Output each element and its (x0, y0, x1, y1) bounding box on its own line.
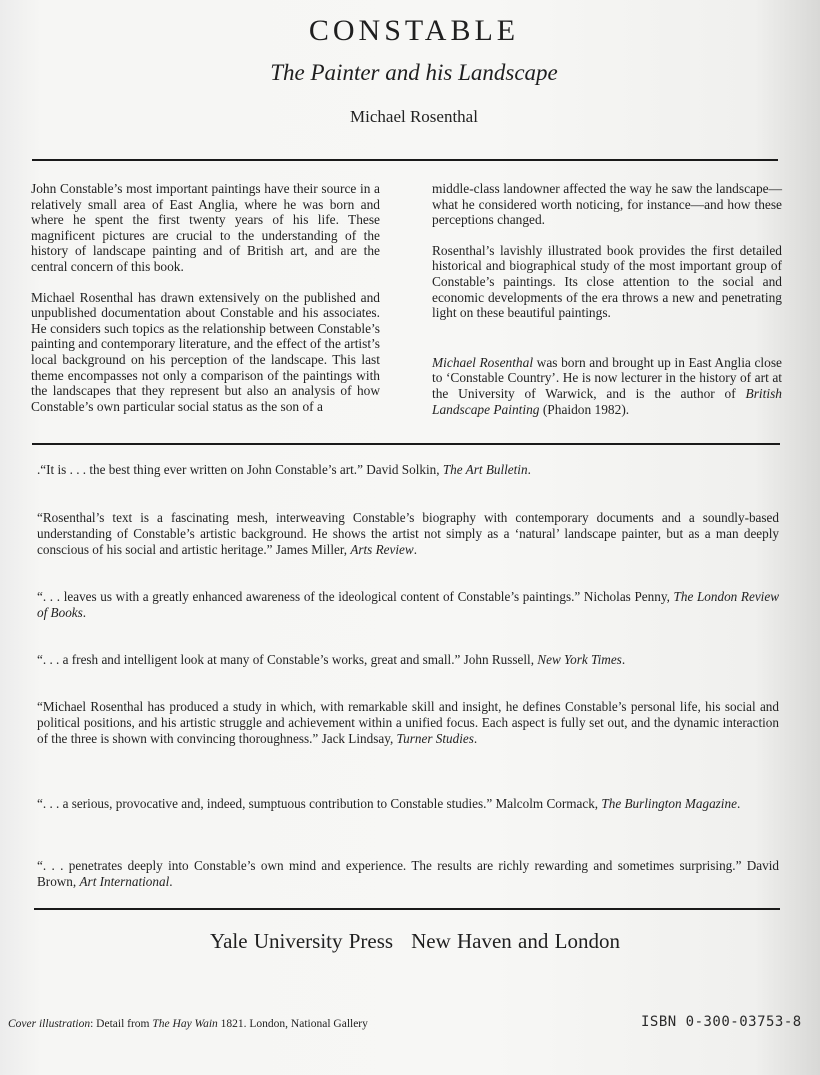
review-quote: “. . . a fresh and intelligent look at m… (37, 652, 779, 668)
review-quote: “. . . penetrates deeply into Constable’… (37, 858, 779, 890)
review-quote: “. . . a serious, provocative and, indee… (37, 796, 779, 812)
blurb-paragraph: John Constable’s most important painting… (31, 181, 380, 275)
review-source: Turner Studies (397, 731, 474, 746)
review-quote: “Michael Rosenthal has produced a study … (37, 699, 779, 747)
blurb-right-column: middle-class landowner affected the way … (432, 181, 782, 432)
middle-divider (32, 443, 780, 445)
blurb-paragraph: middle-class landowner affected the way … (432, 181, 782, 228)
book-author: Michael Rosenthal (0, 107, 820, 127)
review-source: The Art Bulletin (443, 462, 528, 477)
review-quote: “. . . leaves us with a greatly enhanced… (37, 589, 779, 621)
blurb-paragraph: Michael Rosenthal has drawn extensively … (31, 290, 380, 415)
review-quote: .“It is . . . the best thing ever writte… (37, 462, 779, 478)
book-subtitle: The Painter and his Landscape (0, 60, 820, 86)
cover-illustration-credit: Cover illustration: Detail from The Hay … (8, 1018, 368, 1030)
about-author: Michael Rosenthal was born and brought u… (432, 355, 782, 417)
review-source: The Burlington Magazine (601, 796, 737, 811)
publisher-name: Yale University Press (210, 929, 393, 953)
review-source: Art International (80, 874, 170, 889)
isbn: ISBN 0-300-03753-8 (641, 1014, 802, 1030)
blurb-paragraph: Rosenthal’s lavishly illustrated book pr… (432, 243, 782, 321)
about-author-name: Michael Rosenthal (432, 355, 533, 370)
bottom-divider (34, 908, 780, 910)
review-source: Arts Review (350, 542, 413, 557)
back-cover: CONSTABLE The Painter and his Landscape … (0, 0, 820, 1075)
publisher-location: New Haven and London (411, 929, 620, 953)
book-title: CONSTABLE (0, 14, 820, 48)
review-quote: “Rosenthal’s text is a fascinating mesh,… (37, 510, 779, 558)
blurb-left-column: John Constable’s most important painting… (31, 181, 380, 429)
publisher-line: Yale University PressNew Haven and Londo… (0, 929, 820, 954)
top-divider (32, 159, 778, 161)
review-source: New York Times (537, 652, 622, 667)
